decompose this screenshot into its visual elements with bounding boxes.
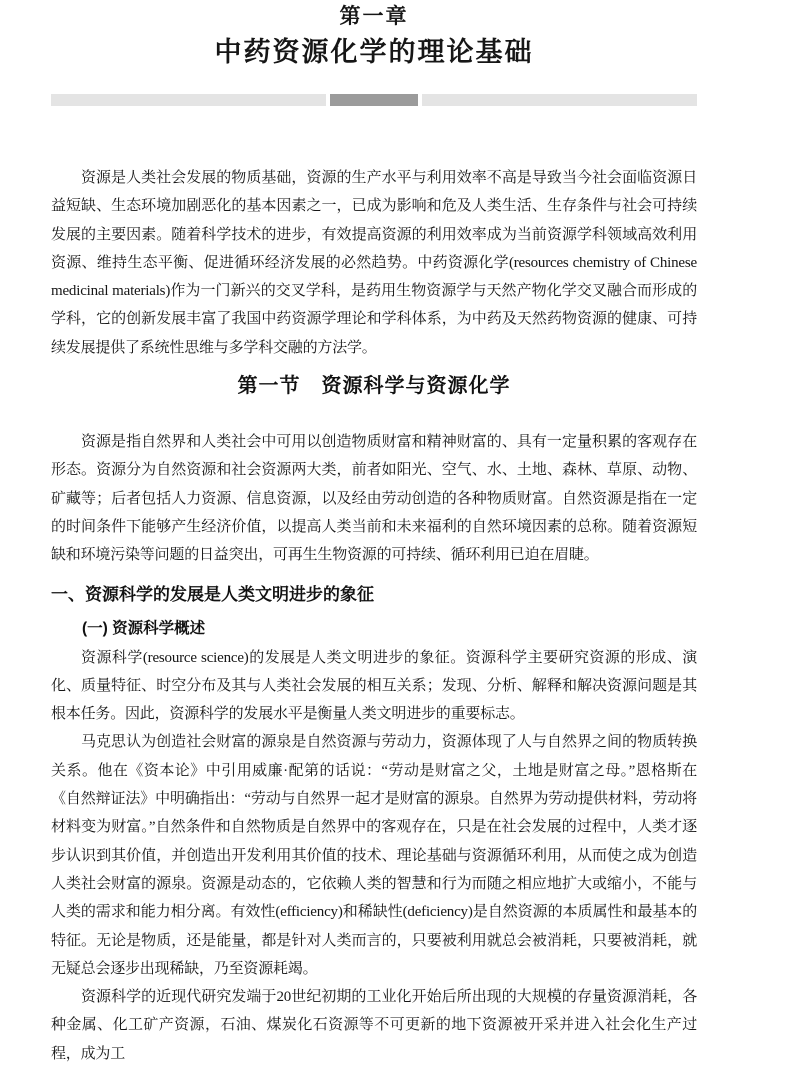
- chapter-title: 中药资源化学的理论基础: [51, 35, 697, 69]
- topic-heading: (一) 资源科学概述: [51, 618, 697, 640]
- book-page: 第一章 中药资源化学的理论基础 资源是人类社会发展的物质基础，资源的生产水平与利…: [0, 0, 800, 1091]
- section-heading: 第一节 资源科学与资源化学: [51, 372, 697, 400]
- chapter-header: 第一章 中药资源化学的理论基础: [51, 0, 697, 106]
- intro-paragraph: 资源是人类社会发展的物质基础，资源的生产水平与利用效率不高是导致当今社会面临资源…: [51, 164, 697, 362]
- section-lead-paragraph: 资源是指自然界和人类社会中可用以创造物质财富和精神财富的、具有一定量积累的客观存…: [51, 428, 697, 569]
- body-paragraph-1: 资源科学(resource science)的发展是人类文明进步的象征。资源科学…: [51, 644, 697, 729]
- chapter-number: 第一章: [51, 0, 697, 30]
- body-paragraph-3: 资源科学的近现代研究发端于20世纪初期的工业化开始后所出现的大规模的存量资源消耗…: [51, 983, 697, 1068]
- divider-segment-left: [51, 94, 326, 106]
- decorative-divider: [51, 94, 697, 106]
- divider-segment-center: [330, 94, 418, 106]
- divider-segment-right: [422, 94, 697, 106]
- body-paragraph-2: 马克思认为创造社会财富的源泉是自然资源与劳动力，资源体现了人与自然界之间的物质转…: [51, 728, 697, 983]
- subsection-heading: 一、资源科学的发展是人类文明进步的象征: [51, 584, 697, 606]
